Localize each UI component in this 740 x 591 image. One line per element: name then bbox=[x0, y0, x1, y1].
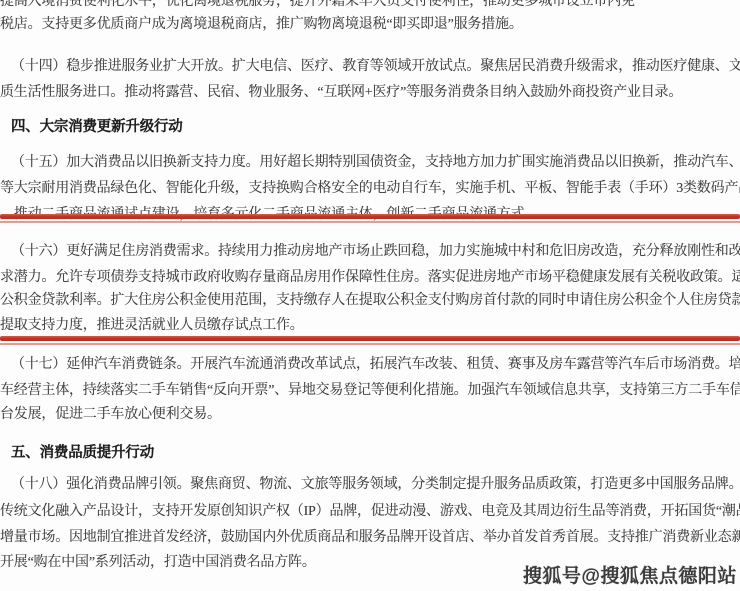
text-line: 质生活性服务进口。推动将露营、民宿、物业服务、“互联网+医疗”等服务消费条目纳入… bbox=[0, 83, 682, 103]
text-line: 开展“购在中国”系列活动，打造中国消费名品方阵。 bbox=[0, 553, 316, 573]
text-line: 台发展，促进二手车放心便利交易。 bbox=[0, 405, 221, 425]
text-line: 提高入境消费便利化水平，优化离境退税服务，提升外籍来华人员支付便利性，推动更多城… bbox=[0, 0, 635, 12]
text-line: 求潜力。允许专项债券支持城市政府收购存量商品房用作保障性住房。落实促进房地产市场… bbox=[0, 268, 740, 288]
text-line: 提取支持力度，推进灵活就业人员缴存试点工作。 bbox=[0, 316, 304, 336]
text-line: 税店。支持更多优质商户成为离境退税商店，推广购物离境退税“即买即退”服务措施。 bbox=[0, 15, 523, 35]
text-line: 车经营主体，持续落实二手车销售“反向开票”、异地交易登记等便利化措施。加强汽车领… bbox=[0, 381, 740, 401]
text-line: （十四）稳步推进服务业扩大开放。扩大电信、医疗、教育等领域开放试点。聚焦居民消费… bbox=[11, 57, 740, 77]
section-heading: 五、消费品质提升行动 bbox=[11, 443, 154, 463]
red-annotation-line bbox=[0, 214, 740, 219]
text-line: （十六）更好满足住房消费需求。持续用力推动房地产市场止跌回稳，加力实施城中村和危… bbox=[11, 242, 740, 262]
text-line: （十五）加大消费品以旧换新支持力度。用好超长期特别国债资金，支持地方加力扩围实施… bbox=[11, 153, 740, 173]
text-line: 传统文化融入产品设计，支持开发原创知识产权（IP）品牌，促进动漫、游戏、电竞及其… bbox=[0, 502, 740, 522]
text-line: （十八）强化消费品牌引领。聚焦商贸、物流、文旅等服务领域，分类制定提升服务品质政… bbox=[11, 475, 740, 495]
text-line: （十七）延伸汽车消费链条。开展汽车流通消费改革试点，拓展汽车改装、租赁、赛事及房… bbox=[11, 355, 740, 375]
text-line: 增量市场。因地制宜推进首发经济，鼓励国内外优质商品和服务品牌开设首店、举办首发首… bbox=[0, 528, 740, 548]
document-page: 提高入境消费便利化水平，优化离境退税服务，提升外籍来华人员支付便利性，推动更多城… bbox=[0, 0, 740, 591]
text-line: 等大宗耐用消费品绿色化、智能化升级，支持换购合格安全的电动自行车，实施手机、平板… bbox=[0, 179, 740, 199]
red-annotation-line bbox=[0, 336, 740, 341]
watermark-sohu: 搜狐号@搜狐焦点德阳站 bbox=[523, 561, 737, 588]
text-line: 公积金贷款利率。扩大住房公积金使用范围，支持缴存人在提取公积金支付购房首付款的同… bbox=[0, 291, 740, 311]
red-annotation-line-echo bbox=[0, 221, 740, 223]
red-annotation-line-echo bbox=[0, 343, 740, 345]
section-heading: 四、大宗消费更新升级行动 bbox=[11, 117, 183, 137]
